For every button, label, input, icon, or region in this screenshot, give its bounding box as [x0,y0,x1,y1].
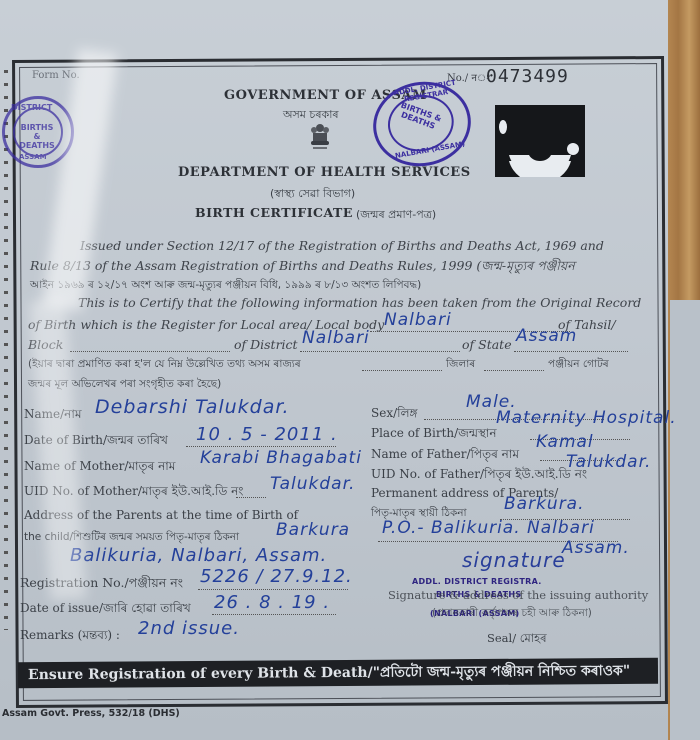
remarks-label: Remarks (মন্তব্য) : [20,627,120,647]
health-department-logo-icon [495,105,585,177]
address-at-birth-value: Barkura [276,520,350,540]
department-title-local: (স্বাস্থ্য সেৱা বিভাগ) [270,185,355,204]
father-name-label: Name of Father/পিতৃৰ নাম [371,446,519,466]
preamble-line-2: Rule 8/13 of the Assam Registration of B… [30,258,575,278]
registration-no-value: 5226 / 27.9.12. [200,566,353,587]
preamble-line-3: আইন ১৯৬৯ ৰ ১২/১৭ অংশ আৰু জন্ম-মৃত্যুৰ পঞ… [30,278,421,295]
certificate-number: 0473499 [486,66,569,87]
place-of-birth-value: Maternity Hospital. [496,408,677,428]
father-name-value: Kamal [536,432,594,452]
date-of-issue-value: 26 . 8 . 19 . [214,592,330,613]
mother-name-value: Karabi Bhagabati [200,448,362,468]
district-value: Nalbari [302,328,370,348]
preamble-line-1: Issued under Section 12/17 of the Regist… [80,238,604,253]
remarks-value: 2nd issue. [138,618,240,639]
mother-surname-value: Talukdar. [270,474,355,494]
date-of-issue-label: Date of issue/জাৰি হোৱা তাৰিখ [20,600,191,620]
name-value: Debarshi Talukdar. [95,396,289,418]
registration-slogan-banner: Ensure Registration of every Birth & Dea… [18,658,658,688]
department-title: DEPARTMENT OF HEALTH SERVICES [178,165,471,180]
signature-authority-label-local: (প্ৰদানকাৰী কৰ্তৃপক্ষৰ চহী আৰু ঠিকনা) [432,606,592,623]
registrar-signature: signature [462,548,566,572]
permanent-address-value-2: P.O.- Balikuria. Nalbari [382,518,595,538]
preamble-line-4: This is to Certify that the following in… [78,295,641,310]
place-of-birth-label: Place of Birth/জন্মস্থান [371,425,497,445]
preamble-state-label: of State [462,337,512,352]
signature-stamp-line-1: ADDL. DISTRICT REGISTRA. [412,577,542,586]
local-body-value: Nalbari [384,310,452,330]
preamble-district-label: of District [234,337,298,352]
dob-value: 10 . 5 - 2011 . [196,424,338,445]
perforation-edge [4,70,8,630]
form-label: Form No. [32,70,80,81]
permanent-address-value: Barkura. [504,494,585,514]
sex-label: Sex/লিঙ্গ [371,405,417,425]
national-emblem-icon [309,122,331,152]
certificate-title-local: (জন্মৰ প্ৰমাণ-পত্ৰ) [356,206,436,225]
father-surname-value: Talukdar. [566,452,651,472]
preamble-line-7-unit: পঞ্জীয়ন গোটৰ [548,357,609,374]
certificate-title: BIRTH CERTIFICATE [195,205,353,220]
address-at-birth-value-2: Balikuria, Nalbari, Assam. [70,545,327,566]
registration-no-label: Registration No./পঞ্জীয়ন নং [20,575,183,595]
signature-authority-label: Signature & address of the issuing autho… [388,588,648,602]
preamble-line-7-district: জিলাৰ [446,357,475,374]
father-uid-label: UID No. of Father/পিতৃৰ ইউ.আই.ডি নং [371,466,587,486]
certificate-sheet: Form No. DISTRICT BIRTHS & DEATHS ASSAM … [0,0,668,740]
seal-label: Seal/ মোহৰ [487,630,547,649]
permanent-address-value-3: Assam. [562,538,630,558]
paper-margin-lower [670,300,700,740]
state-value: Assam [516,326,577,346]
press-note: Assam Govt. Press, 532/18 (DHS) [2,708,180,719]
